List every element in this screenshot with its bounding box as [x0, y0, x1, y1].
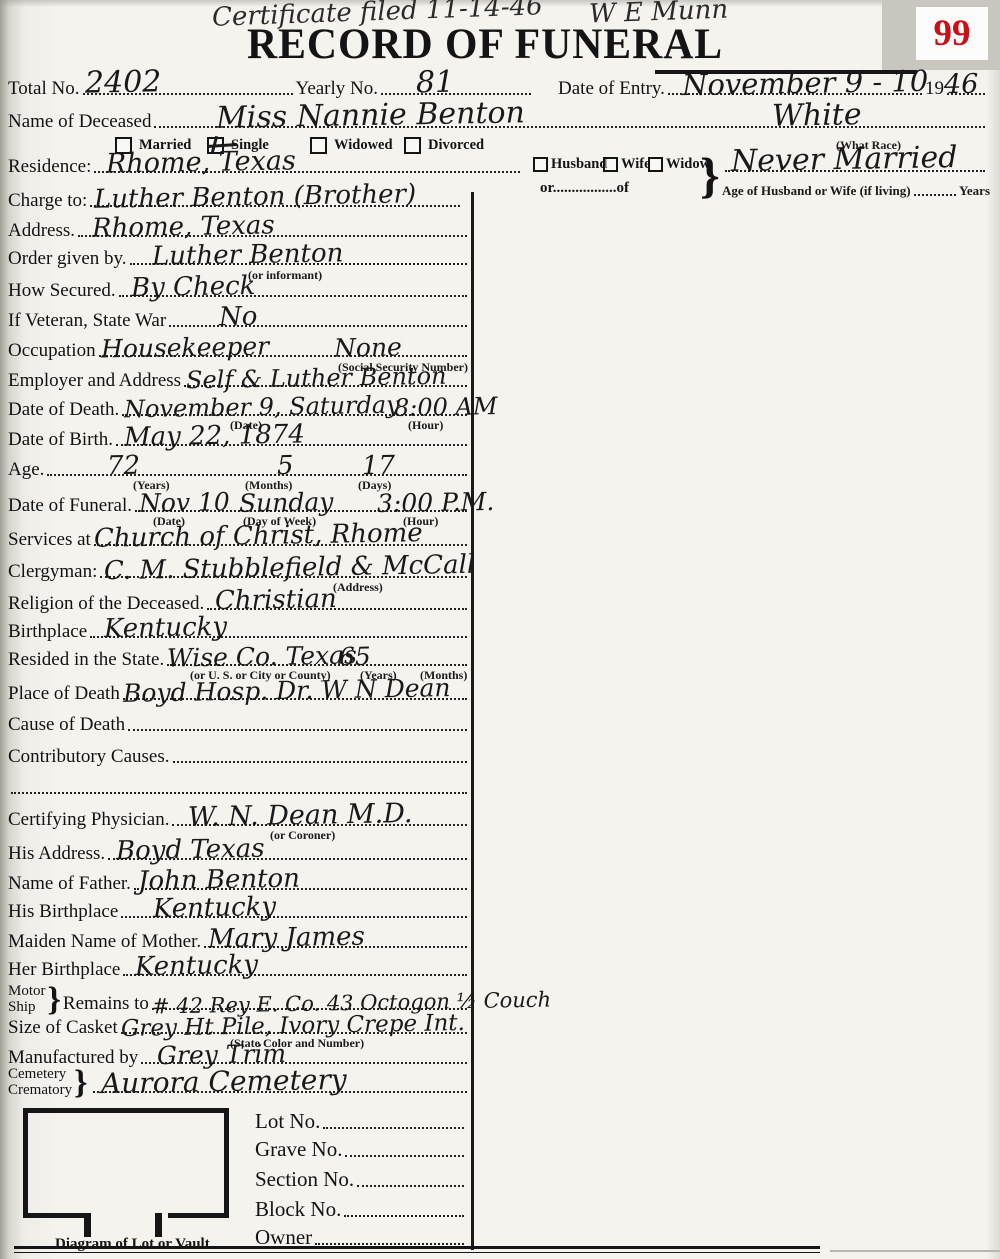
- dotted-leader: May 22, 1874: [116, 438, 467, 446]
- field-label: Residence:: [8, 156, 91, 178]
- diagram-bottom-left-segment: [23, 1213, 90, 1218]
- dotted-leader: Housekeeper None: [99, 349, 467, 357]
- bottom-rule-faint: [830, 1250, 1000, 1252]
- dotted-leader: [914, 188, 956, 196]
- field-label: Cause of Death: [8, 714, 125, 736]
- field-label: How Secured.: [8, 280, 116, 302]
- funeral-record-page: Certificate filed 11-14-46 W E Munn RECO…: [0, 0, 1000, 1259]
- field-row-residence: Residence: Rhome, Texas: [8, 148, 523, 178]
- dotted-leader: Wise Co. Texas 65: [167, 658, 467, 666]
- age-years-value: 72: [107, 451, 141, 482]
- field-row-maiden-name: Maiden Name of Mother. Mary James: [8, 923, 470, 953]
- occupation-value: Housekeeper: [100, 332, 269, 364]
- field-row-age: Age. 72 5 17: [8, 451, 470, 481]
- dotted-leader: Kentucky: [90, 630, 467, 638]
- his-address-value: Boyd Texas: [116, 834, 265, 867]
- field-label: Contributory Causes.: [8, 746, 170, 768]
- field-label: His Birthplace: [8, 901, 118, 923]
- bottom-rule: [14, 1246, 820, 1253]
- dotted-leader: November 9, Saturday 8:00 AM: [122, 408, 467, 416]
- field-row-place-of-death: Place of Death Boyd Hosp. Dr. W N Dean: [8, 675, 470, 705]
- field-label: Birthplace: [8, 621, 87, 643]
- cemetery-label: Cemetery: [8, 1066, 72, 1082]
- veteran-value: No: [219, 302, 258, 333]
- spouse-status-value: Never Married: [731, 140, 958, 179]
- diagram-left-leg: [84, 1213, 91, 1237]
- year-value: 46: [944, 69, 979, 101]
- field-label: Name of Father.: [8, 873, 131, 895]
- field-row-date-of-funeral: Date of Funeral. Nov 10 Sunday 3:00 P.M.: [8, 487, 470, 517]
- field-row-occupation: Occupation Housekeeper None: [8, 332, 470, 362]
- yearly-no-value: 81: [416, 65, 455, 101]
- page-title: RECORD OF FUNERAL: [247, 20, 723, 69]
- how-secured-value: By Check: [130, 271, 255, 303]
- page-number-patch: 99: [916, 7, 988, 60]
- spouse-age-note: Age of Husband or Wife (if living): [722, 183, 911, 199]
- dotted-leader: Miss Nannie Benton White: [154, 120, 985, 128]
- diagram-bottom-right-segment: [168, 1213, 229, 1218]
- dotted-leader: [11, 786, 467, 794]
- field-row-charge-to: Charge to: Luther Benton (Brother): [8, 182, 463, 212]
- dotted-leader: 81: [381, 87, 531, 95]
- field-row-date-of-birth: Date of Birth. May 22, 1874: [8, 421, 470, 451]
- checkbox-husband: [533, 157, 548, 172]
- dotted-leader: Christian: [207, 602, 467, 610]
- dotted-leader: 72 5 17: [47, 468, 467, 476]
- dotted-leader: Self & Luther Benton: [184, 379, 467, 387]
- field-label: Name of Deceased: [8, 111, 151, 133]
- field-label: Lot No.: [255, 1109, 320, 1134]
- birthplace-value: Kentucky: [104, 612, 228, 644]
- motor-label: Motor: [8, 983, 46, 999]
- services-at-value: Church of Christ, Rhome: [94, 518, 423, 554]
- dotted-leader: John Benton: [134, 882, 467, 890]
- field-row-his-address: His Address. Boyd Texas: [8, 835, 470, 865]
- checkbox-label: Wife: [621, 156, 651, 173]
- dotted-leader: Grey Ht Pile, Ivory Crepe Int.: [121, 1026, 467, 1034]
- page-number: 99: [934, 12, 971, 55]
- field-row-veteran: If Veteran, State War No: [8, 302, 470, 332]
- dotted-leader: Boyd Hosp. Dr. W N Dean: [123, 692, 467, 700]
- field-row-cause-of-death: Cause of Death: [8, 706, 470, 736]
- dotted-leader: Rhome, Texas: [78, 229, 467, 237]
- field-row-block-no: Block No.: [255, 1196, 467, 1222]
- dotted-leader: W. N. Dean M.D.: [172, 818, 467, 826]
- field-label: Order given by.: [8, 248, 127, 270]
- field-row-religion: Religion of the Deceased. Christian: [8, 585, 470, 615]
- dotted-leader: 46: [947, 87, 985, 95]
- spouse-brace: }: [700, 146, 720, 204]
- dotted-leader: Church of Christ, Rhome: [94, 538, 467, 546]
- cemetery-value: Aurora Cemetery: [100, 1063, 346, 1100]
- order-given-by-value: Luther Benton: [151, 238, 343, 271]
- dotted-leader: Rhome, Texas: [94, 165, 520, 173]
- field-row-birthplace: Birthplace Kentucky: [8, 613, 470, 643]
- dotted-leader: Boyd Texas: [108, 852, 467, 860]
- field-row-contributory-causes: Contributory Causes.: [8, 738, 470, 768]
- address-value: Rhome, Texas: [92, 210, 275, 243]
- dotted-leader: Luther Benton (Brother): [90, 199, 460, 207]
- field-label: Date of Birth.: [8, 429, 113, 451]
- dotted-leader: Kentucky: [121, 910, 467, 918]
- dotted-leader: Nov 10 Sunday 3:00 P.M.: [135, 504, 467, 512]
- field-row-grave-no: Grave No.: [255, 1136, 467, 1162]
- dotted-leader: [173, 755, 468, 763]
- field-label: Date of Entry.: [558, 78, 665, 100]
- age-days-value: 17: [362, 451, 396, 482]
- dotted-leader: [357, 1179, 464, 1187]
- spouse-age-unit: Years: [959, 183, 990, 199]
- residence-value: Rhome, Texas: [106, 145, 296, 179]
- dotted-leader: C. M. Stubblefield & McCall: [100, 570, 467, 578]
- dotted-leader: Luther Benton: [130, 257, 467, 265]
- dotted-leader: [323, 1121, 464, 1129]
- date-of-birth-value: May 22, 1874: [124, 419, 305, 452]
- field-label: Services at: [8, 529, 91, 551]
- field-label: Occupation: [8, 340, 96, 362]
- dotted-leader: Aurora Cemetery: [93, 1085, 467, 1093]
- race-value: White: [772, 97, 862, 134]
- field-row-name: Name of Deceased Miss Nannie Benton Whit…: [8, 103, 988, 133]
- field-label: Block No.: [255, 1197, 341, 1222]
- field-row-cemetery: Cemetery Crematory } Aurora Cemetery: [8, 1058, 470, 1098]
- field-row-clergyman: Clergyman: C. M. Stubblefield & McCall: [8, 553, 470, 583]
- spouse-age-row: Age of Husband or Wife (if living) Years: [722, 183, 990, 199]
- employer-value: Self & Luther Benton: [186, 362, 447, 395]
- field-label: Grave No.: [255, 1137, 342, 1162]
- field-label: Total No.: [8, 78, 80, 100]
- field-row-section-no: Section No.: [255, 1166, 467, 1192]
- field-row-address: Address. Rhome, Texas: [8, 212, 470, 242]
- cemetery-label-stack: Cemetery Crematory: [8, 1066, 72, 1098]
- field-label: Section No.: [255, 1167, 354, 1192]
- column-divider-line: [471, 192, 474, 1250]
- field-label: Religion of the Deceased.: [8, 593, 204, 615]
- dotted-leader: No: [169, 319, 467, 327]
- cemetery-brace: }: [74, 1068, 87, 1098]
- field-row-his-birthplace: His Birthplace Kentucky: [8, 893, 470, 923]
- diagram-right-leg: [155, 1213, 162, 1237]
- dotted-leader: Never Married: [725, 164, 985, 172]
- religion-value: Christian: [215, 584, 337, 616]
- field-row-employer: Employer and Address Self & Luther Bento…: [8, 362, 470, 392]
- field-row-size-of-casket: Size of Casket Grey Ht Pile, Ivory Crepe…: [8, 1009, 470, 1039]
- dotted-leader: 2402: [83, 87, 293, 95]
- or-of-label: or.................of: [540, 180, 629, 197]
- dotted-leader: November 9 - 10: [668, 87, 922, 95]
- dotted-leader: [344, 1209, 464, 1217]
- ssn-value: None: [333, 332, 401, 362]
- age-months-value: 5: [277, 451, 294, 481]
- checkbox-item-wife: Wife: [603, 156, 651, 173]
- field-row-services-at: Services at Church of Christ, Rhome: [8, 521, 470, 551]
- field-label: His Address.: [8, 843, 105, 865]
- field-label: Address.: [8, 220, 75, 242]
- field-label: Maiden Name of Mother.: [8, 931, 201, 953]
- dotted-leader: Mary James: [204, 940, 467, 948]
- place-of-death-value: Boyd Hosp. Dr. W N Dean: [123, 673, 451, 708]
- checkbox-item-husband: Husband: [533, 156, 607, 173]
- date-of-entry-value: November 9 - 10: [682, 64, 929, 102]
- dotted-leader: [345, 1149, 464, 1157]
- resided-years-value: 65: [339, 642, 371, 672]
- field-label: Charge to:: [8, 190, 87, 212]
- dotted-leader: By Check: [119, 289, 467, 297]
- lot-diagram-box: [23, 1108, 229, 1213]
- field-label: Employer and Address: [8, 370, 181, 392]
- field-row-certifying-physician: Certifying Physician. W. N. Dean M.D.: [8, 801, 470, 831]
- dotted-leader: [128, 723, 467, 731]
- checkbox-wife: [603, 157, 618, 172]
- field-row-order-given-by: Order given by. Luther Benton: [8, 240, 470, 270]
- crematory-label: Crematory: [8, 1082, 72, 1098]
- field-row-lot-no: Lot No.: [255, 1108, 467, 1134]
- field-row-resided-in-state: Resided in the State. Wise Co. Texas 65: [8, 641, 470, 671]
- dotted-leader: [315, 1237, 464, 1245]
- charge-to-value: Luther Benton (Brother): [94, 179, 417, 215]
- field-row-spouse-status: Never Married: [722, 147, 988, 177]
- name-value: Miss Nannie Benton: [216, 95, 525, 135]
- field-label: If Veteran, State War: [8, 310, 166, 332]
- field-label: Place of Death: [8, 683, 120, 705]
- checkbox-widow: [648, 157, 663, 172]
- total-no-value: 2402: [84, 64, 161, 100]
- his-birthplace-value: Kentucky: [153, 892, 277, 924]
- field-row-date-of-death: Date of Death. November 9, Saturday 8:00…: [8, 391, 470, 421]
- checkbox-label: Husband: [551, 156, 607, 173]
- field-label: Yearly No.: [296, 78, 379, 100]
- field-row-name-of-father: Name of Father. John Benton: [8, 865, 470, 895]
- field-row-blank-line: [8, 769, 470, 799]
- field-row-how-secured: How Secured. By Check: [8, 272, 470, 302]
